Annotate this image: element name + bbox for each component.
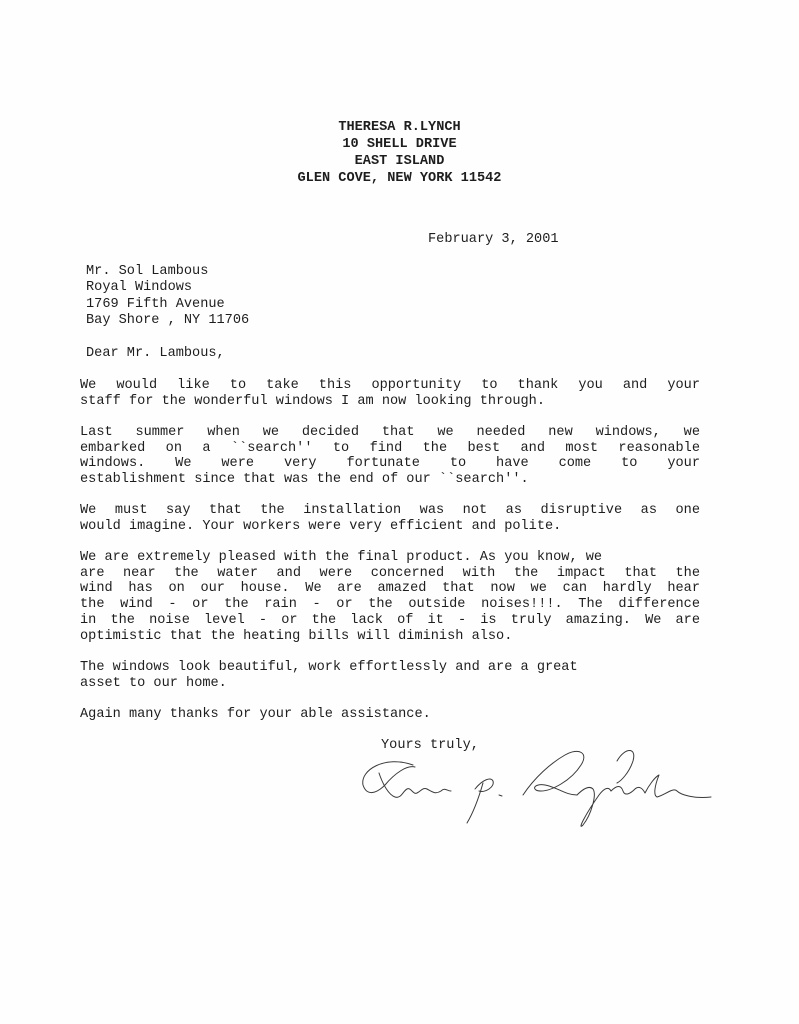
paragraph-line: We must say that the installation was no… (80, 503, 700, 519)
paragraph-line: We are extremely pleased with the final … (80, 550, 700, 566)
letterhead: THERESA R.LYNCH 10 SHELL DRIVE EAST ISLA… (0, 119, 799, 187)
paragraph-1: We would like to take this opportunity t… (80, 378, 700, 409)
paragraph-line: We would like to take this opportunity t… (80, 378, 700, 394)
salutation: Dear Mr. Lambous, (86, 346, 225, 361)
recipient-address: Mr. Sol Lambous Royal Windows 1769 Fifth… (86, 264, 249, 329)
recipient-city: Bay Shore , NY 11706 (86, 313, 249, 329)
paragraph-line: establishment since that was the end of … (80, 472, 700, 488)
paragraph-line: are near the water and were concerned wi… (80, 566, 700, 582)
sender-street: 10 SHELL DRIVE (0, 136, 799, 153)
recipient-street: 1769 Fifth Avenue (86, 297, 249, 313)
paragraph-6: Again many thanks for your able assistan… (80, 707, 700, 723)
paragraph-line: in the noise level - or the lack of it -… (80, 613, 700, 629)
paragraph-line: The windows look beautiful, work effortl… (80, 660, 700, 676)
paragraph-3: We must say that the installation was no… (80, 503, 700, 534)
paragraph-2: Last summer when we decided that we need… (80, 425, 700, 488)
paragraph-4: We are extremely pleased with the final … (80, 550, 700, 644)
paragraph-5: The windows look beautiful, work effortl… (80, 660, 700, 691)
sender-name: THERESA R.LYNCH (0, 119, 799, 136)
recipient-name: Mr. Sol Lambous (86, 264, 249, 280)
letter-date: February 3, 2001 (428, 232, 559, 247)
paragraph-line: Last summer when we decided that we need… (80, 425, 700, 441)
paragraph-line: embarked on a ``search'' to find the bes… (80, 441, 700, 457)
paragraph-line: Again many thanks for your able assistan… (80, 707, 700, 723)
paragraph-line: optimistic that the heating bills will d… (80, 629, 700, 645)
sender-area: EAST ISLAND (0, 153, 799, 170)
sender-city: GLEN COVE, NEW YORK 11542 (0, 170, 799, 187)
recipient-company: Royal Windows (86, 280, 249, 296)
paragraph-line: the wind - or the rain - or the outside … (80, 597, 700, 613)
paragraph-line: would imagine. Your workers were very ef… (80, 519, 700, 535)
handwritten-signature (355, 725, 725, 835)
paragraph-line: wind has on our house. We are amazed tha… (80, 581, 700, 597)
paragraph-line: asset to our home. (80, 676, 700, 692)
paragraph-line: windows. We were very fortunate to have … (80, 456, 700, 472)
letter-page: THERESA R.LYNCH 10 SHELL DRIVE EAST ISLA… (0, 0, 799, 1024)
paragraph-line: staff for the wonderful windows I am now… (80, 394, 700, 410)
